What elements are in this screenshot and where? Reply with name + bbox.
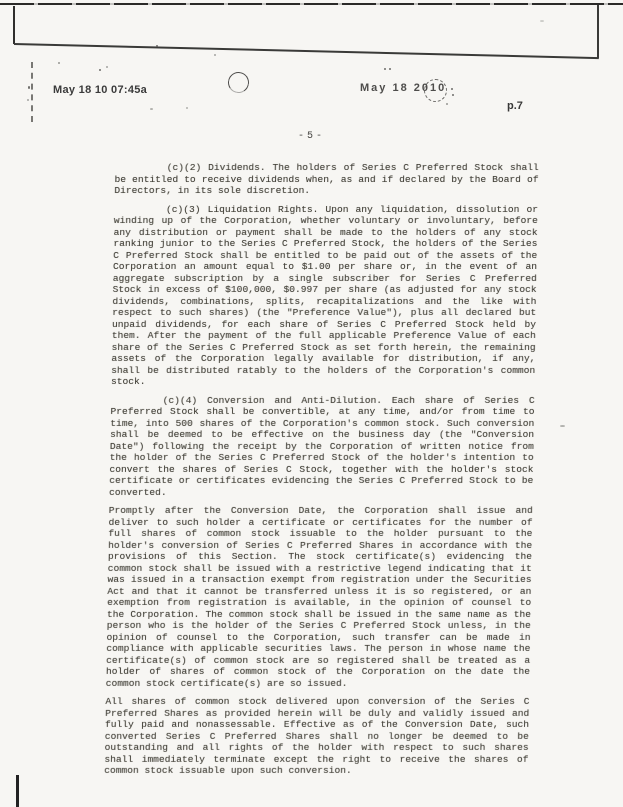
noise-speck [214, 54, 216, 56]
paragraph-conversion-effect: All shares of common stock delivered upo… [104, 696, 529, 777]
scan-left-edge-dashes [31, 62, 33, 122]
paragraph-conversion-anti-dilution: (c)(4) Conversion and Anti-Dilution. Eac… [109, 395, 535, 499]
document-body: (c)(2) Dividends. The holders of Series … [104, 162, 539, 784]
noise-speck [186, 107, 188, 109]
noise-speck [58, 62, 60, 64]
punch-hole-left [226, 70, 251, 95]
paragraph-dividends: (c)(2) Dividends. The holders of Series … [114, 162, 539, 197]
paragraph-conversion-mechanics: Promptly after the Conversion Date, the … [106, 505, 533, 689]
noise-speck [451, 88, 453, 90]
noise-speck [389, 68, 391, 70]
scan-top-edge-line [0, 3, 623, 5]
punch-hole-right [424, 79, 447, 102]
paragraph-liquidation-rights: (c)(3) Liquidation Rights. Upon any liqu… [111, 204, 538, 388]
noise-speck [540, 20, 544, 22]
noise-speck [99, 69, 101, 71]
noise-speck [560, 425, 565, 427]
noise-speck [150, 108, 153, 110]
noise-speck [106, 66, 108, 68]
scanned-fax-page: May 18 10 07:45a May 18 2010 p.7 -5- (c)… [0, 0, 623, 807]
scan-page-edge-slant-line [14, 43, 599, 59]
scan-right-edge-line [597, 5, 599, 58]
noise-speck [384, 68, 386, 70]
document-page-number: -5- [0, 131, 623, 142]
fax-sender-timestamp: May 18 10 07:45a [53, 84, 147, 96]
scan-bottom-left-mark [16, 775, 19, 807]
noise-speck [446, 103, 448, 105]
noise-speck [452, 94, 454, 96]
scan-left-edge-line [13, 6, 15, 44]
noise-speck [27, 99, 29, 101]
noise-speck [156, 45, 158, 47]
noise-speck [28, 86, 30, 89]
fax-page-indicator: p.7 [507, 100, 523, 112]
